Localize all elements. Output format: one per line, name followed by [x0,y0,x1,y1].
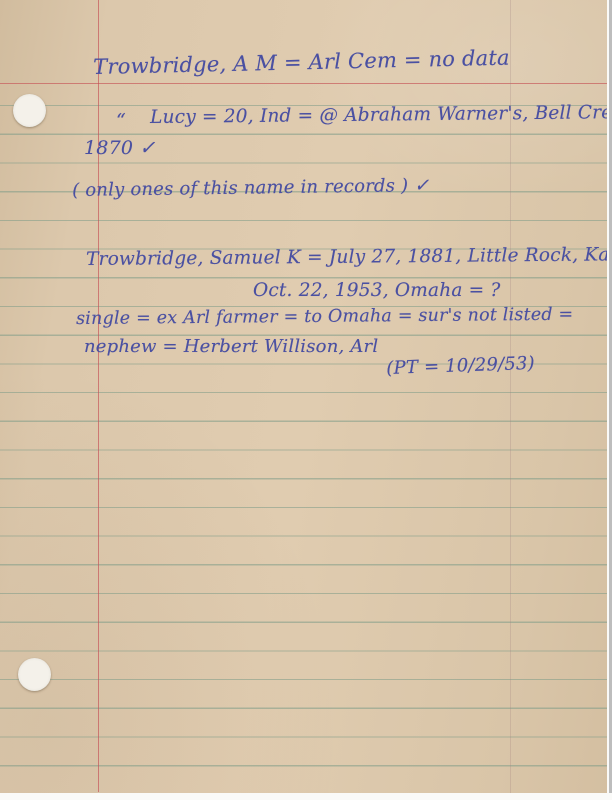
scanned-page: Trowbridge, A M = Arl Cem = no data “ Lu… [0,0,612,800]
ruled-lines [0,105,607,774]
top-margin-line [0,83,607,84]
entry2-nephew-line: nephew = Herbert Willison, Arl [84,336,378,357]
ditto-mark: “ [116,110,126,132]
entry2-death-line: Oct. 22, 1953, Omaha = ? [253,280,501,301]
hole-punch-bottom [18,658,51,691]
entry1-year-line: 1870 ✓ [84,137,156,159]
left-margin-line [98,0,99,792]
scan-edge-bottom [0,793,612,800]
hole-punch-top [13,94,46,127]
